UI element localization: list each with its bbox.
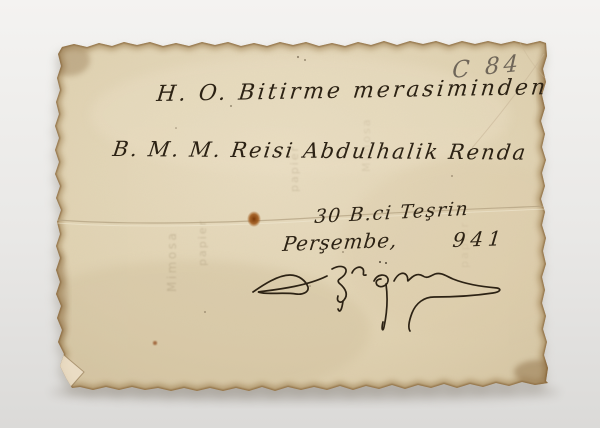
watermark-text: Mimosa	[165, 231, 179, 292]
signature-umlaut-dot	[379, 261, 381, 263]
rust-speck	[153, 341, 157, 345]
inscription-line-2: B. M. M. Reisi Abdulhalik Renda	[110, 136, 529, 165]
inscription-day: Perşembe,	[280, 228, 398, 256]
photo-back-svg: Mimosa papier papier Mimosa papier	[0, 0, 600, 428]
photo-card: Mimosa papier papier Mimosa papier	[10, 35, 600, 400]
photo-scene: Mimosa papier papier Mimosa papier	[0, 0, 600, 428]
stain-spot	[247, 211, 261, 227]
inscription-year: 941	[451, 226, 507, 252]
signature-umlaut-dot	[385, 262, 387, 264]
